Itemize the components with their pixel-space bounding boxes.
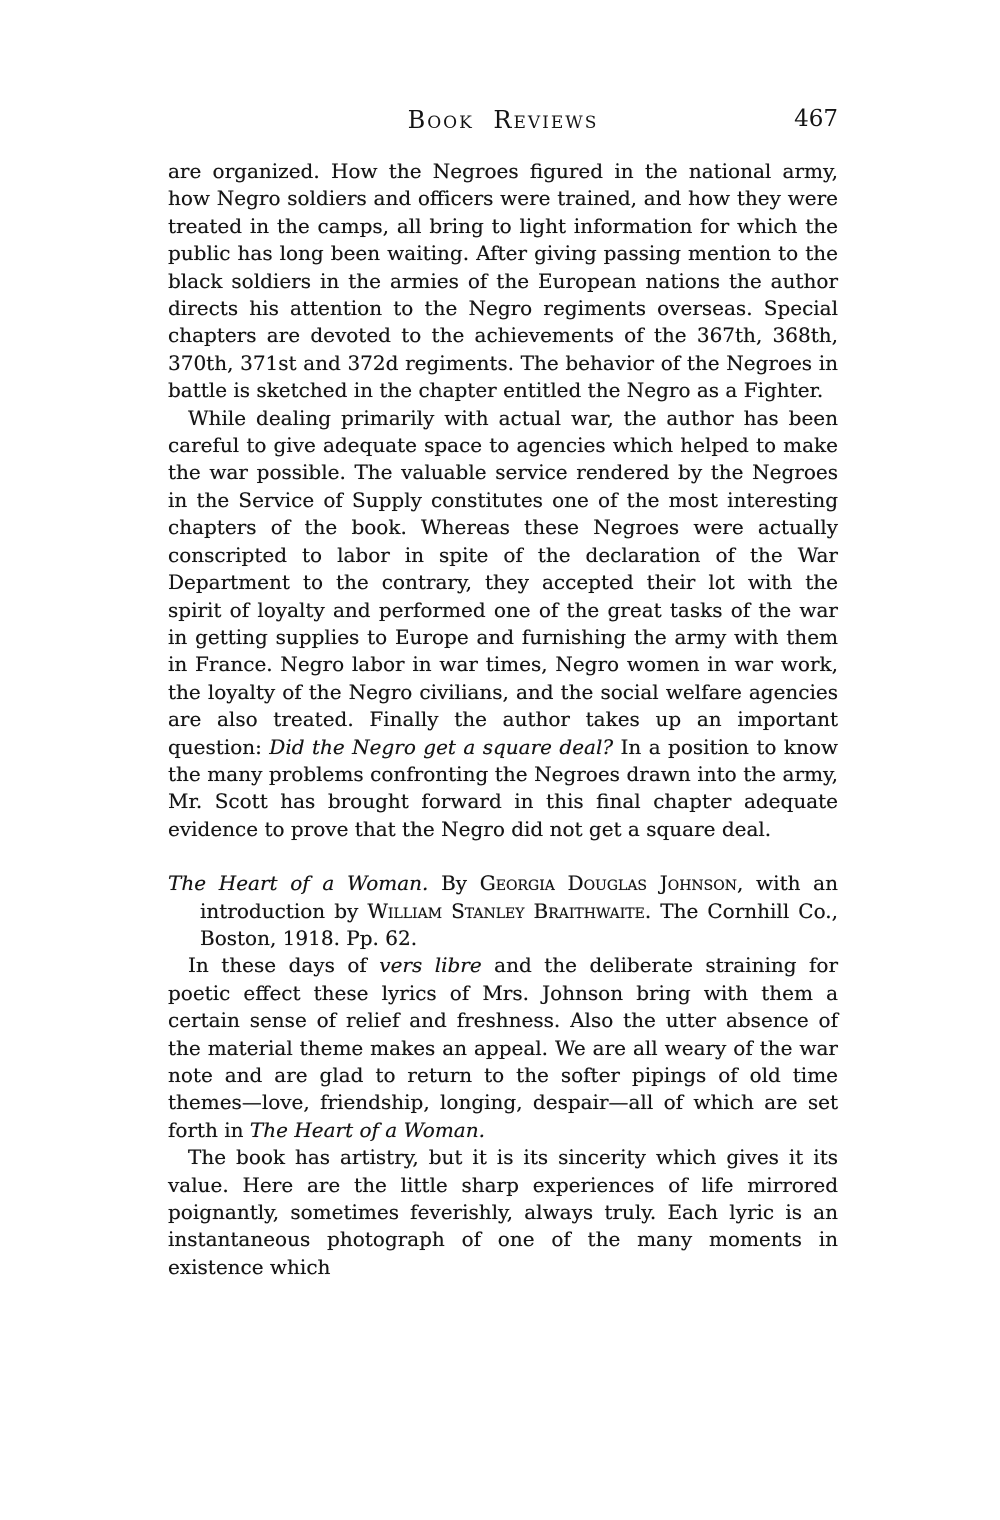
book-title-italic: The Heart of a Woman.	[250, 1118, 485, 1142]
book-title-italic: The Heart of a Woman.	[168, 871, 428, 895]
running-title: Book Reviews	[168, 106, 838, 134]
author-name-smallcaps: Georgia Douglas Johnson	[480, 871, 737, 895]
paragraph-johnson-second: The book has artistry, but it is its sin…	[168, 1144, 838, 1281]
text-body: are organized. How the Negroes figured i…	[168, 158, 838, 1281]
citation-text: By	[428, 871, 479, 895]
paragraph-text: and the deliberate straining for poetic …	[168, 953, 838, 1141]
page-header: Book Reviews 467	[168, 106, 838, 136]
vers-libre-italic: vers libre	[379, 953, 481, 977]
paragraph-scott-final: While dealing primarily with actual war,…	[168, 405, 838, 844]
paragraph-text: In these days of	[188, 953, 379, 977]
citation-heart-of-a-woman: The Heart of a Woman. By Georgia Douglas…	[168, 870, 838, 952]
introducer-name-smallcaps: William Stanley Braithwaite	[367, 899, 644, 923]
italic-question: Did the Negro get a square deal?	[269, 735, 613, 759]
paragraph-text: While dealing primarily with actual war,…	[168, 406, 838, 759]
paragraph-johnson-first: In these days of vers libre and the deli…	[168, 952, 838, 1144]
scanned-book-page: Book Reviews 467 are organized. How the …	[0, 0, 1000, 1520]
paragraph-scott-continuation: are organized. How the Negroes figured i…	[168, 158, 838, 405]
page-number: 467	[794, 106, 838, 132]
